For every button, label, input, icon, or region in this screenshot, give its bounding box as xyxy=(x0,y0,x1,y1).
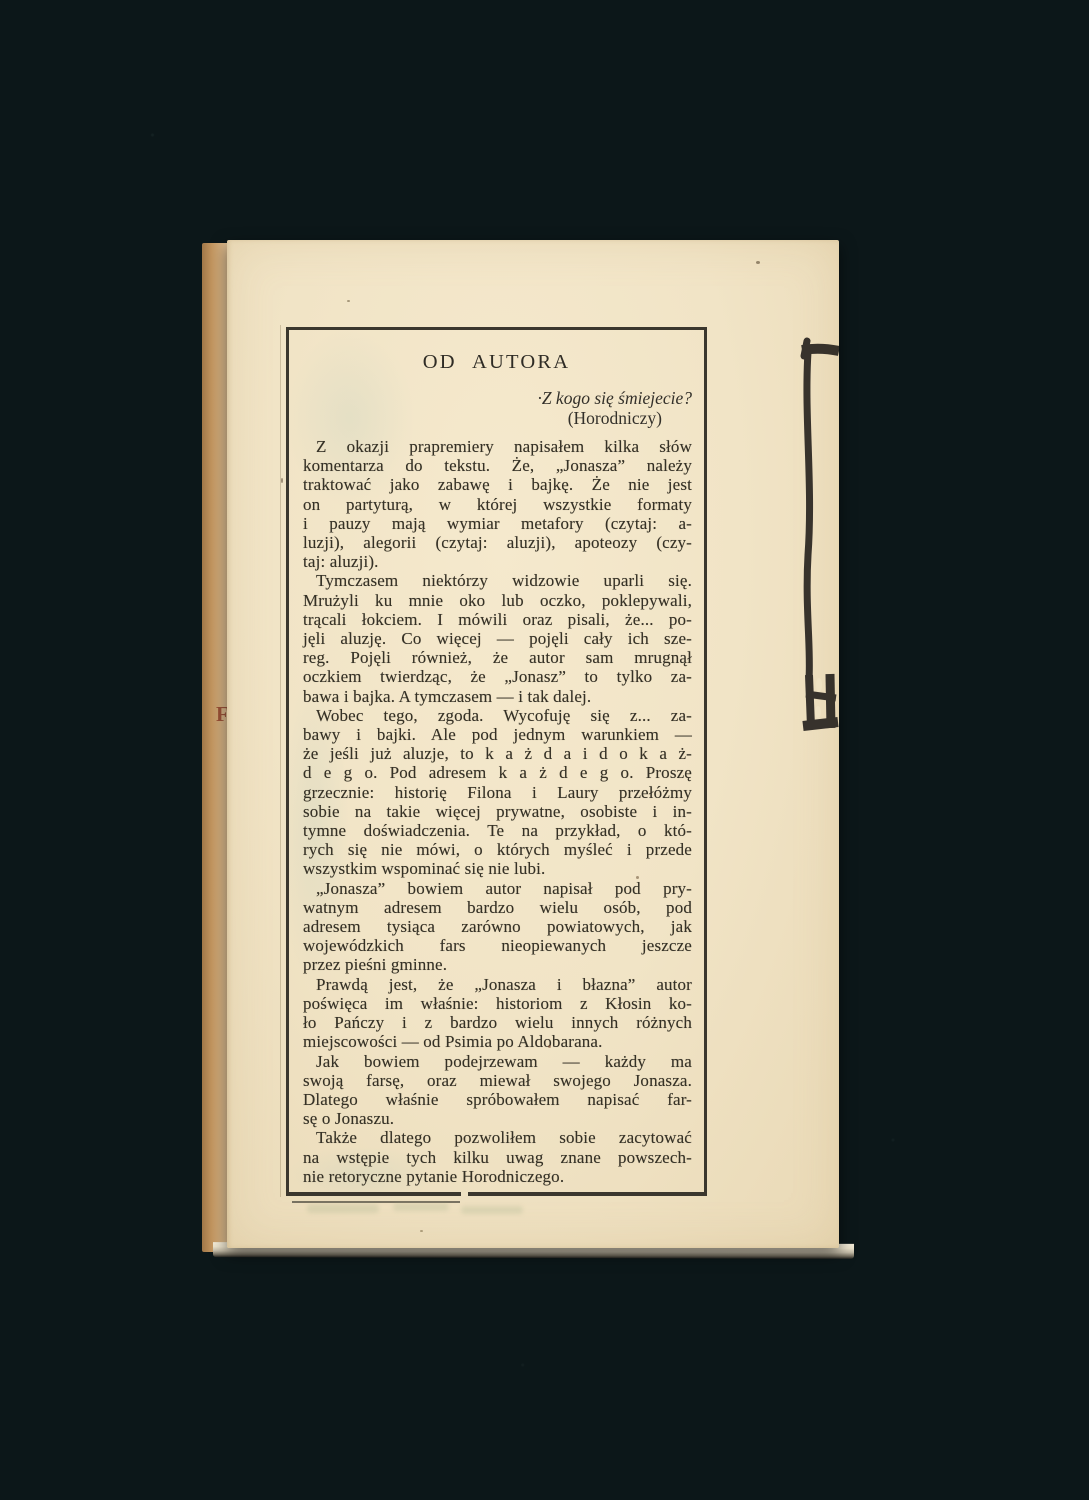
text-line: sobie na takie więcej prywatne, osobiste… xyxy=(303,802,692,821)
text-line: watnym adresem bardzo wielu osób, pod xyxy=(303,898,692,917)
hand-drawn-bracket-mark-icon xyxy=(792,335,839,745)
text-line: nie retoryczne pytanie Horodniczego. xyxy=(303,1167,692,1186)
text-line: oczkiem twierdząc, że „Jonasz” to tylko … xyxy=(303,667,692,686)
text-line: na wstępie tych kilku uwag znane powszec… xyxy=(303,1148,692,1167)
text-line: wojewódzkich fars nieopiewanych jeszcze xyxy=(303,936,692,955)
ink-offset-smudge xyxy=(461,1206,523,1214)
text-line: reg. Pojęli również, że autor sam mrugną… xyxy=(303,648,692,667)
text-line: tymne doświadczenia. Te na przykład, o k… xyxy=(303,821,692,840)
text-line: on partyturą, w której wszystkie formaty xyxy=(303,495,692,514)
text-line: swoją farsę, oraz miewał swojego Jonasza… xyxy=(303,1071,692,1090)
paper-speck xyxy=(420,1230,423,1232)
text-line: Także dlatego pozwoliłem sobie zacytować xyxy=(303,1128,692,1147)
text-line: wszystkim wspominać się nie lubi. xyxy=(303,859,692,878)
scanned-page: OD AUTORA ·Z kogo się śmiejecie? (Horodn… xyxy=(227,240,839,1248)
text-line: rych się nie mówi, o których myśleć i pr… xyxy=(303,840,692,859)
paragraph: Także dlatego pozwoliłem sobie zacytować… xyxy=(303,1128,692,1186)
text-line: grzecznie: historię Filona i Laury przeł… xyxy=(303,783,692,802)
text-line: luzji), alegorii (czytaj: aluzji), apote… xyxy=(303,533,692,552)
text-line: „Jonasza” bowiem autor napisał pod pry- xyxy=(303,879,692,898)
paragraph: Jak bowiem podejrzewam — każdy maswoją f… xyxy=(303,1052,692,1129)
text-line: Z okazji prapremiery napisałem kilka słó… xyxy=(303,437,692,456)
paper-speck xyxy=(636,876,639,879)
paragraph: Prawdą jest, że „Jonasza i błazna” autor… xyxy=(303,975,692,1052)
printed-frame: OD AUTORA ·Z kogo się śmiejecie? (Horodn… xyxy=(286,327,707,1196)
ink-offset-smudge xyxy=(307,1204,379,1213)
marker-ink-gap xyxy=(815,706,821,718)
text-line: i pauzy mają wymiar metafory (czytaj: a- xyxy=(303,514,692,533)
text-line: poświęca im właśnie: historiom z Kłosin … xyxy=(303,994,692,1013)
text-line: Mrużyli ku mnie oko lub oczko, poklepywa… xyxy=(303,591,692,610)
paragraph: Wobec tego, zgoda. Wycofuję się z... za-… xyxy=(303,706,692,879)
text-line: Tymczasem niektórzy widzowie uparli się. xyxy=(303,571,692,590)
text-line: adresem tysiąca zarówno powiatowych, jak xyxy=(303,917,692,936)
text-line: taj: aluzji). xyxy=(303,552,692,571)
paper-speck xyxy=(756,261,760,264)
paper-speck xyxy=(548,1045,551,1048)
photo-background: { "document": { "title": "OD AUTORA", "e… xyxy=(0,0,1089,1500)
text-line: miejscowości — od Psimia po Aldobarana. xyxy=(303,1032,692,1051)
page-title: OD AUTORA xyxy=(289,350,704,374)
paper-crease xyxy=(280,325,281,1197)
epigraph-attribution: (Horodniczy) xyxy=(289,408,662,428)
frame-rule-break xyxy=(461,1192,468,1196)
body-text: Z okazji prapremiery napisałem kilka słó… xyxy=(303,437,692,1186)
paper-speck xyxy=(281,478,283,483)
epigraph-quote: ·Z kogo się śmiejecie? xyxy=(289,388,692,408)
text-line: trącali łokciem. I mówili oraz pisali, ż… xyxy=(303,610,692,629)
epigraph: ·Z kogo się śmiejecie? (Horodniczy) xyxy=(289,388,704,428)
text-line: sę o Jonaszu. xyxy=(303,1109,692,1128)
text-line: traktować jako zabawę i bajkę. Że nie je… xyxy=(303,475,692,494)
text-line: Wobec tego, zgoda. Wycofuję się z... za- xyxy=(303,706,692,725)
text-line: przez pieśni gminne. xyxy=(303,955,692,974)
paragraph: Z okazji prapremiery napisałem kilka słó… xyxy=(303,437,692,571)
text-line: ło Pańczy i z bardzo wielu innych różnyc… xyxy=(303,1013,692,1032)
marker-ink-gap xyxy=(816,678,822,692)
text-line: bawy i bajki. Ale pod jednym warunkiem — xyxy=(303,725,692,744)
text-line: komentarza do tekstu. Że, „Jonasza” nale… xyxy=(303,456,692,475)
text-line: d e g o. Pod adresem k a ż d e g o. Pros… xyxy=(303,763,692,782)
paragraph: Tymczasem niektórzy widzowie uparli się.… xyxy=(303,571,692,705)
paper-speck xyxy=(347,300,350,302)
text-line: jęli aluzję. Co więcej — pojęli cały ich… xyxy=(303,629,692,648)
text-line: Prawdą jest, że „Jonasza i błazna” autor xyxy=(303,975,692,994)
text-line: Dlatego właśnie spróbowałem napisać far- xyxy=(303,1090,692,1109)
paragraph: „Jonasza” bowiem autor napisał pod pry-w… xyxy=(303,879,692,975)
text-line: bawa i bajka. A tymczasem — i tak dalej. xyxy=(303,687,692,706)
text-line: Jak bowiem podejrzewam — każdy ma xyxy=(303,1052,692,1071)
ink-offset-smudge xyxy=(393,1203,449,1211)
text-line: że jeśli już aluzje, to k a ż d a i d o … xyxy=(303,744,692,763)
